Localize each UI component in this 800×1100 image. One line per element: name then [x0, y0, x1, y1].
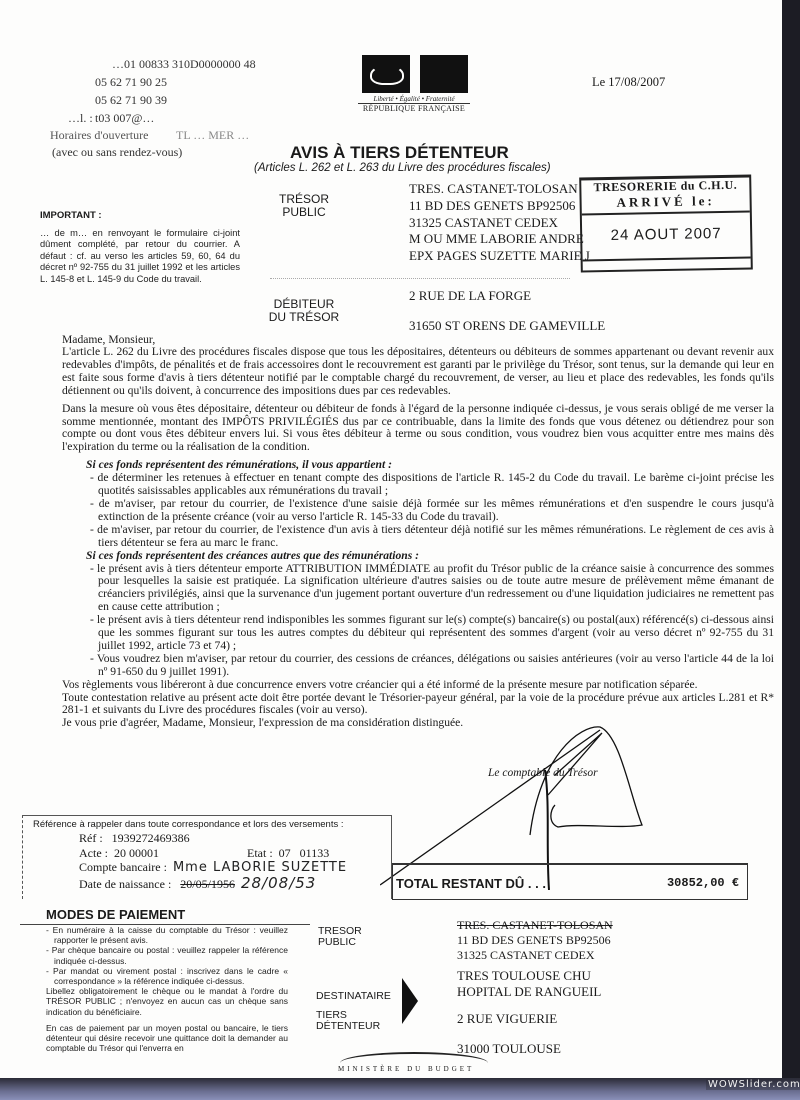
fax-number: 05 62 71 90 39 [95, 93, 167, 108]
struck-birthdate: 20/05/1956 [180, 877, 235, 891]
stamp-date: 24 AOUT 2007 [582, 213, 751, 262]
debtor-line: EPX PAGES SUZETTE MARIE J [409, 247, 590, 264]
stamp-office: TRESORERIE du C.H.U. [581, 178, 749, 196]
section-heading: Si ces fonds représentent des créances a… [62, 550, 774, 563]
sender-line: 11 BD DES GENETS BP92506 [409, 197, 578, 214]
sender-line: TRES. CASTANET-TOLOSAN [457, 918, 613, 933]
opening-hours-label: Horaires d'ouverture [50, 128, 148, 143]
payment-note: Libellez obligatoirement le chèque ou le… [46, 986, 288, 1017]
letter-body: L'article L. 262 du Livre des procédures… [62, 346, 774, 730]
appointment-note: (avec ou sans rendez-vous) [52, 145, 182, 160]
reference-box: Référence à rappeler dans toute correspo… [22, 815, 392, 899]
document-date: Le 17/08/2007 [592, 75, 665, 90]
list-item: - Par mandat ou virement postal : inscri… [46, 966, 288, 986]
ministry-label: MINISTÈRE DU BUDGET [338, 1065, 474, 1073]
coupon-sender-label: TRESOR PUBLIC [318, 926, 362, 948]
list-item: - le présent avis à tiers détenteur rend… [62, 614, 774, 653]
list-item: - de déterminer les retenues à effectuer… [62, 472, 774, 498]
marianne-logo: Liberté • Égalité • Fraternité RÉPUBLIQU… [358, 55, 470, 123]
total-label: TOTAL RESTANT DÛ . . . [396, 876, 546, 891]
sender-line: 11 BD DES GENETS BP92506 [457, 933, 613, 948]
list-item: - de m'aviser, par retour du courrier, d… [62, 524, 774, 550]
sender-line: 31325 CASTANET CEDEX [409, 214, 578, 231]
recipient-street: 2 RUE VIGUERIE [457, 1010, 557, 1027]
payment-modes-title: MODES DE PAIEMENT [46, 907, 185, 922]
paragraph: Vos règlements vous libéreront à due con… [62, 679, 774, 692]
watermark: WOWSlider.com [706, 1079, 800, 1090]
slider-frame-bar [0, 1078, 800, 1100]
received-stamp: TRESORERIE du C.H.U. ARRIVÉ le: 24 AOUT … [579, 175, 753, 273]
debtor-city: 31650 ST ORENS DE GAMEVILLE [409, 317, 605, 334]
payment-note: En cas de paiement par un moyen postal o… [46, 1023, 288, 1054]
page-subtitle: (Articles L. 262 et L. 263 du Livre des … [254, 162, 551, 174]
sender-line: 31325 CASTANET CEDEX [457, 948, 613, 963]
page-title: AVIS À TIERS DÉTENTEUR [290, 143, 509, 163]
total-amount: 30852,00 € [667, 876, 739, 890]
recipient-city: 31000 TOULOUSE [457, 1040, 561, 1057]
list-item: - En numéraire à la caisse du comptable … [46, 925, 288, 945]
recipient-line: HOPITAL DE RANGUEIL [457, 984, 601, 1000]
recipient-label: DESTINATAIRE [316, 990, 391, 1003]
debtor-label: DÉBITEUR DU TRÉSOR [264, 298, 344, 324]
reference-row: Réf : 1939272469386 [79, 831, 391, 846]
reference-number: 1939272469386 [112, 831, 190, 845]
list-item: - le présent avis à tiers détenteur empo… [62, 563, 774, 615]
marianne-emblem-icon [362, 55, 468, 93]
total-box: TOTAL RESTANT DÛ . . . 30852,00 € [392, 863, 748, 900]
debtor-name: M OU MME LABORIE ANDRE EPX PAGES SUZETTE… [409, 230, 590, 264]
acte-row: Acte : 20 00001 Etat : 07 01133 [79, 846, 391, 861]
document-page: …01 00833 310D0000000 48 05 62 71 90 25 … [0, 0, 782, 1078]
etat-number: 07 01133 [279, 846, 330, 860]
divider [270, 278, 570, 279]
holder-label: TIERS DÉTENTEUR [316, 1010, 380, 1032]
sender-label: TRÉSOR PUBLIC [276, 193, 332, 219]
phone-number: 05 62 71 90 25 [95, 75, 167, 90]
paragraph: Dans la mesure où vous êtes dépositaire,… [62, 403, 774, 455]
recipient-name: TRES TOULOUSE CHU HOPITAL DE RANGUEIL [457, 968, 601, 999]
debtor-street: 2 RUE DE LA FORGE [409, 287, 531, 304]
email-address: t03 007@… [95, 111, 154, 126]
paragraph: L'article L. 262 du Livre des procédures… [62, 346, 774, 398]
debtor-line: M OU MME LABORIE ANDRE [409, 230, 590, 247]
important-text: … de m… en renvoyant le formulaire ci-jo… [40, 228, 240, 285]
list-item: - Vous voudrez bien m'aviser, par retour… [62, 653, 774, 679]
birthdate-row: Date de naissance : 20/05/1956 28/08/53 [79, 876, 391, 892]
important-title: IMPORTANT : [40, 210, 102, 221]
email-label: …l. : [68, 111, 93, 126]
logo-motto: Liberté • Égalité • Fraternité [358, 95, 470, 104]
acte-number: 20 00001 [114, 846, 244, 861]
logo-republic: RÉPUBLIQUE FRANÇAISE [358, 104, 470, 113]
sender-line: TRES. CASTANET-TOLOSAN [409, 180, 578, 197]
account-row: Compte bancaire : Mme LABORIE SUZETTE [79, 860, 391, 876]
list-item: - de m'aviser, par retour du courrier, d… [62, 498, 774, 524]
payment-modes: - En numéraire à la caisse du comptable … [46, 925, 288, 1059]
arrow-right-icon [402, 978, 418, 1024]
list-item: - Par chèque bancaire ou postal : veuill… [46, 945, 288, 965]
sender-address: TRES. CASTANET-TOLOSAN 11 BD DES GENETS … [409, 180, 578, 231]
opening-hours-value: TL … MER … [176, 128, 249, 143]
reference-title: Référence à rappeler dans toute correspo… [33, 819, 391, 830]
handwritten-birthdate: 28/08/53 [241, 874, 316, 892]
paragraph: Toute contestation relative au présent a… [62, 692, 774, 718]
account-number: …01 00833 310D0000000 48 [112, 57, 256, 72]
recipient-line: TRES TOULOUSE CHU [457, 968, 601, 984]
coupon-sender-address: TRES. CASTANET-TOLOSAN 11 BD DES GENETS … [457, 918, 613, 963]
